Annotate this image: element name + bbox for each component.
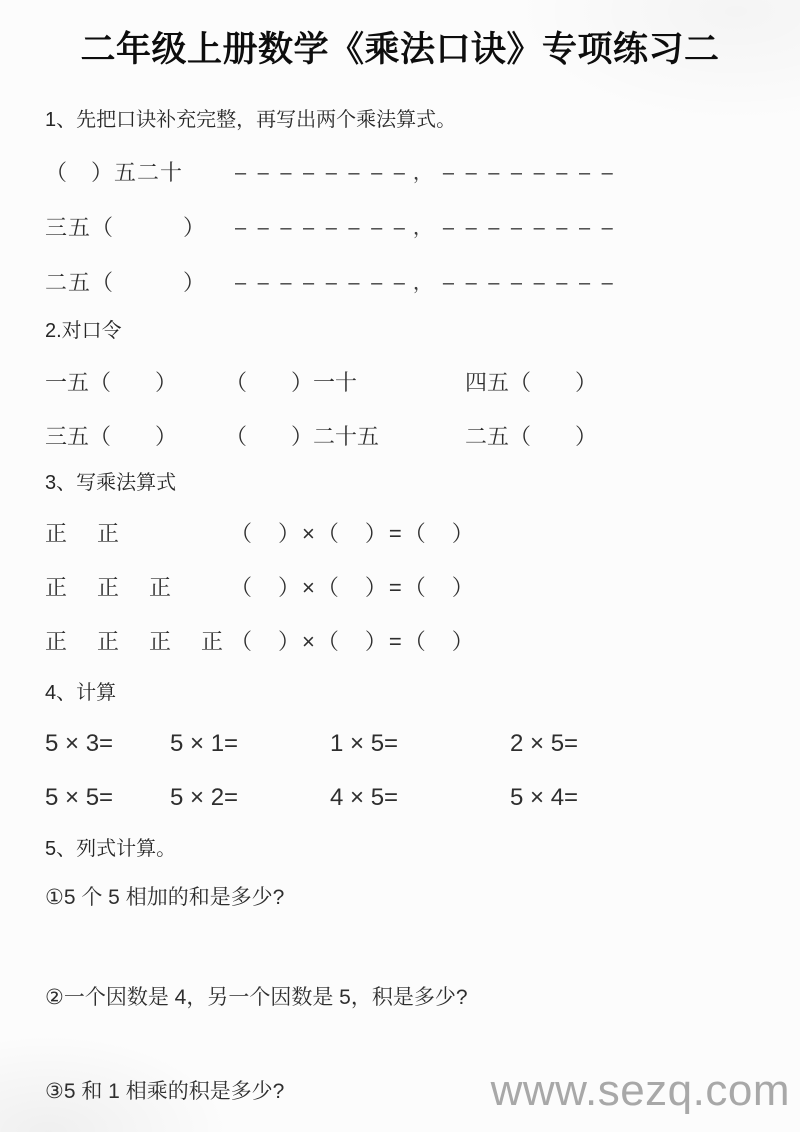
section-1-heading: 1、先把口诀补充完整，再写出两个乘法算式。 [45,108,755,132]
multiplication-equation: （ ）×（ ）=（ ） [230,573,476,603]
section-3-heading: 3、写乘法算式 [45,471,755,495]
tally-marks: 正 正 正 [45,573,230,603]
fill-row: （ ）五二十 – – – – – – – –，– – – – – – – – [45,159,755,187]
blank-line: – – – – – – – – [443,217,615,239]
calc-expression: 1 × 5= [330,729,510,759]
rhyme-prompt: （ ）五二十 [45,159,235,187]
equation-row: 正 正 正 （ ）×（ ）=（ ） [45,573,755,603]
section-2-heading: 2.对口令 [45,319,755,343]
blank-line: – – – – – – – – [443,272,615,294]
calc-expression: 5 × 3= [45,729,170,759]
comma-separator: ， [413,217,433,239]
calc-expression: 4 × 5= [330,783,510,813]
section-4-heading: 4、计算 [45,681,755,705]
calc-expression: 5 × 2= [170,783,330,813]
tally-marks: 正 正 正 正 [45,627,230,657]
calc-expression: 5 × 4= [510,783,578,813]
duikou-cell: （ ）二十五 [225,423,465,451]
calc-row: 5 × 5= 5 × 2= 4 × 5= 5 × 4= [45,783,755,813]
duikou-row: 三五（ ） （ ）二十五 二五（ ） [45,423,755,451]
answer-blanks: – – – – – – – –，– – – – – – – – [235,269,615,297]
multiplication-equation: （ ）×（ ）=（ ） [230,627,476,657]
answer-blanks: – – – – – – – –，– – – – – – – – [235,214,615,242]
answer-blanks: – – – – – – – –，– – – – – – – – [235,159,615,187]
duikou-cell: 三五（ ） [45,423,225,451]
duikou-cell: 一五（ ） [45,369,225,397]
blank-line: – – – – – – – – [235,217,407,239]
section-duikouling: 2.对口令 一五（ ） （ ）一十 四五（ ） 三五（ ） （ ）二十五 二五（… [45,319,755,451]
calc-row: 5 × 3= 5 × 1= 1 × 5= 2 × 5= [45,729,755,759]
comma-separator: ， [413,272,433,294]
duikou-row: 一五（ ） （ ）一十 四五（ ） [45,369,755,397]
calc-expression: 2 × 5= [510,729,578,759]
section-5-heading: 5、列式计算。 [45,837,755,861]
section-calculation: 4、计算 5 × 3= 5 × 1= 1 × 5= 2 × 5= 5 × 5= … [45,681,755,813]
duikou-cell: 四五（ ） [465,369,597,397]
multiplication-equation: （ ）×（ ）=（ ） [230,519,476,549]
blank-line: – – – – – – – – [235,162,407,184]
fill-row: 三五（ ） – – – – – – – –，– – – – – – – – [45,214,755,242]
blank-line: – – – – – – – – [443,162,615,184]
duikou-cell: 二五（ ） [465,423,597,451]
word-problem: ①5 个 5 相加的和是多少? [45,885,755,911]
tally-marks: 正 正 [45,519,230,549]
calc-expression: 5 × 5= [45,783,170,813]
calc-expression: 5 × 1= [170,729,330,759]
worksheet-page: 二年级上册数学《乘法口诀》专项练习二 1、先把口诀补充完整，再写出两个乘法算式。… [0,0,800,1132]
section-fill-rhyme: 1、先把口诀补充完整，再写出两个乘法算式。 （ ）五二十 – – – – – –… [45,108,755,297]
duikou-cell: （ ）一十 [225,369,465,397]
blank-line: – – – – – – – – [235,272,407,294]
equation-row: 正 正 正 正 （ ）×（ ）=（ ） [45,627,755,657]
comma-separator: ， [413,162,433,184]
rhyme-prompt: 三五（ ） [45,214,235,242]
section-word-problems: 5、列式计算。 ①5 个 5 相加的和是多少? ②一个因数是 4，另一个因数是 … [45,837,755,1105]
section-write-equations: 3、写乘法算式 正 正 （ ）×（ ）=（ ） 正 正 正 （ ）×（ ）=（ … [45,471,755,657]
equation-row: 正 正 （ ）×（ ）=（ ） [45,519,755,549]
word-problem: ②一个因数是 4，另一个因数是 5，积是多少? [45,985,755,1011]
page-title: 二年级上册数学《乘法口诀》专项练习二 [45,28,755,72]
fill-row: 二五（ ） – – – – – – – –，– – – – – – – – [45,269,755,297]
watermark: www.sezq.com [491,1066,790,1116]
rhyme-prompt: 二五（ ） [45,269,235,297]
